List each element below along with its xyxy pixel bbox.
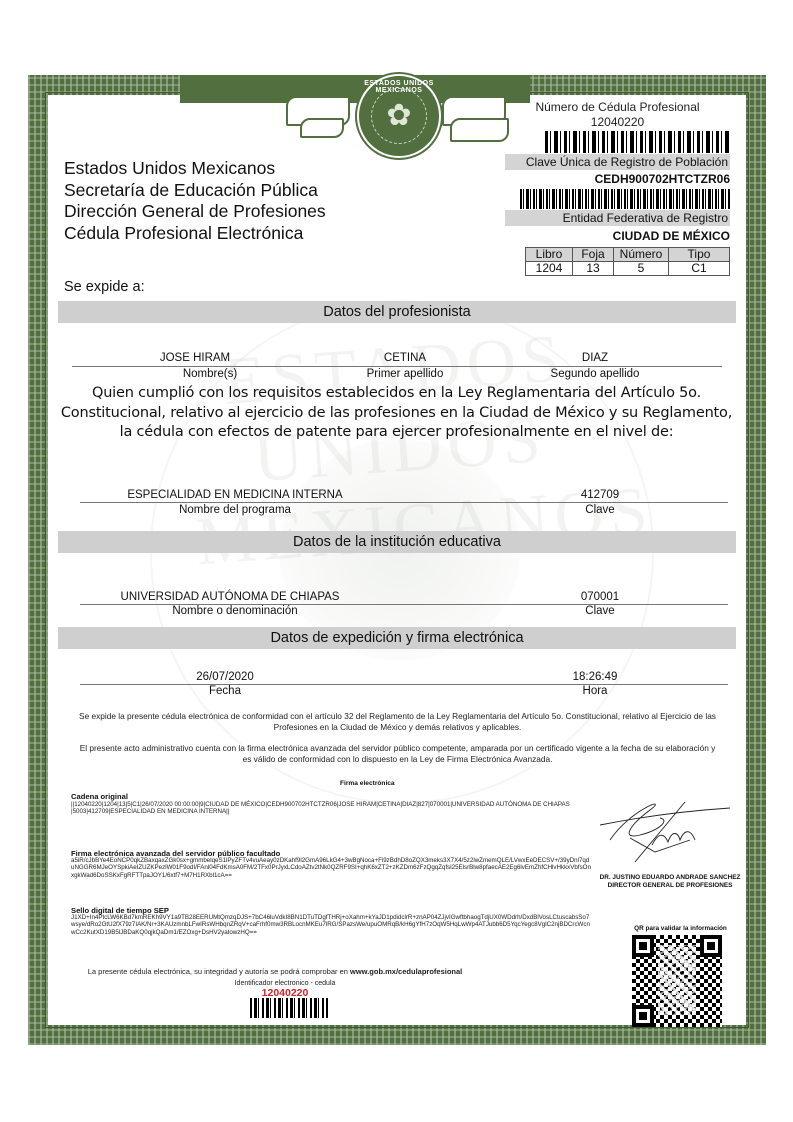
- legal-paragraph-1: Se expide la presente cédula electrónica…: [65, 711, 730, 733]
- curp-barcode: [520, 189, 730, 209]
- institucion-clave-value: 070001: [560, 591, 640, 603]
- section-institucion: Datos de la institución educativa: [58, 531, 736, 553]
- verify-url-link[interactable]: www.gob.mx/cedulaprofesional: [350, 967, 462, 976]
- cell-foja: 13: [573, 262, 614, 276]
- hora-value: 18:26:49: [545, 671, 645, 683]
- section-expedicion: Datos de expedición y firma electrónica: [58, 627, 736, 649]
- cedula-barcode: [545, 131, 730, 153]
- signatory: DR. JUSTINO EDUARDO ANDRADE SANCHEZ DIRE…: [585, 874, 755, 890]
- divider: [80, 502, 728, 503]
- qr-code[interactable]: [632, 935, 722, 1027]
- title-document: Cédula Profesional Electrónica: [64, 223, 326, 245]
- avanzada-value: a5iR/cJbBYe4EoNCP0qkZBaxqaxZGk0sx+gmmbel…: [71, 857, 591, 879]
- cedula-number-label: Número de Cédula Profesional: [505, 100, 730, 114]
- institucion-value: UNIVERSIDAD AUTÓNOMA DE CHIAPAS: [95, 591, 365, 603]
- signatory-title: DIRECTOR GENERAL DE PROFESIONES: [585, 882, 755, 890]
- declaration-line-2: Constitucional, relativo al ejercicio de…: [48, 404, 745, 424]
- section-profesionista: Datos del profesionista: [58, 301, 736, 323]
- verify-sentence: La presente cédula electrónica, su integ…: [88, 967, 350, 976]
- eagle-emblem-icon: ✿: [359, 98, 439, 133]
- programa-value: ESPECIALIDAD EN MEDICINA INTERNA: [100, 489, 370, 501]
- cell-numero: 5: [614, 262, 669, 276]
- hora-label: Hora: [545, 685, 645, 697]
- handwritten-signature: [590, 790, 740, 870]
- nombre-value: JOSE HIRAM: [120, 352, 270, 364]
- programa-clave-value: 412709: [560, 489, 640, 501]
- col-header-tipo: Tipo: [669, 248, 730, 262]
- registration-block: Número de Cédula Profesional 12040220 Cl…: [505, 100, 730, 276]
- ornament-scroll-left-2: [300, 118, 344, 138]
- curp-label: Clave Única de Registro de Población: [505, 154, 730, 170]
- divider: [72, 366, 722, 367]
- programa-clave-label: Clave: [560, 504, 640, 516]
- primer-apellido-label: Primer apellido: [330, 368, 480, 380]
- se-expide-label: Se expide a:: [64, 279, 145, 295]
- col-header-numero: Número: [614, 248, 669, 262]
- fecha-label: Fecha: [175, 685, 275, 697]
- declaration-line-1: Quien cumplió con los requisitos estable…: [48, 384, 745, 404]
- qr-label: QR para validar la información: [618, 925, 743, 932]
- sello-value: J1XD+In4PtcLW6KBd7kmREKh9VY1a9TB28EERUMt…: [71, 914, 591, 936]
- firma-title: Firma electrónica: [340, 780, 395, 787]
- col-header-libro: Libro: [526, 248, 573, 262]
- issuer-titles: Estados Unidos Mexicanos Secretaría de E…: [64, 158, 326, 244]
- seal-text: ESTADOS UNIDOS MEXICANOS: [359, 80, 439, 94]
- national-seal: ESTADOS UNIDOS MEXICANOS ✿: [357, 74, 441, 158]
- ornament-scroll-right-2: [450, 118, 509, 142]
- cadena-label: Cadena original: [71, 792, 128, 801]
- title-country: Estados Unidos Mexicanos: [64, 158, 326, 180]
- declaration-line-3: la cédula con efectos de patente para ej…: [48, 423, 745, 443]
- programa-label: Nombre del programa: [140, 504, 330, 516]
- entidad-value: CIUDAD DE MÉXICO: [505, 229, 730, 243]
- title-directorate: Dirección General de Profesiones: [64, 201, 326, 223]
- declaration-text: Quien cumplió con los requisitos estable…: [48, 384, 745, 443]
- segundo-apellido-label: Segundo apellido: [520, 368, 670, 380]
- title-ministry: Secretaría de Educación Pública: [64, 180, 326, 202]
- cadena-value: ||12040220|1204|13|5|C1|26/07/2020 00:00…: [71, 801, 571, 816]
- entidad-label: Entidad Federativa de Registro: [505, 210, 730, 226]
- curp-value: CEDH900702HTCTZR06: [505, 172, 730, 186]
- cedula-number: 12040220: [505, 115, 730, 129]
- signatory-name: DR. JUSTINO EDUARDO ANDRADE SANCHEZ: [585, 874, 755, 882]
- libro-foja-table: Libro Foja Número Tipo 1204 13 5 C1: [525, 247, 730, 276]
- nombre-label: Nombre(s): [135, 368, 285, 380]
- primer-apellido-value: CETINA: [330, 352, 480, 364]
- fecha-value: 26/07/2020: [175, 671, 275, 683]
- cell-tipo: C1: [669, 262, 730, 276]
- institucion-clave-label: Clave: [560, 605, 640, 617]
- identificador-barcode: [250, 998, 328, 1018]
- col-header-foja: Foja: [573, 248, 614, 262]
- cell-libro: 1204: [526, 262, 573, 276]
- legal-paragraph-2: El presente acto administrativo cuenta c…: [75, 743, 720, 765]
- verify-text: La presente cédula electrónica, su integ…: [60, 966, 490, 977]
- segundo-apellido-value: DIAZ: [520, 352, 670, 364]
- institucion-label: Nombre o denominación: [140, 605, 330, 617]
